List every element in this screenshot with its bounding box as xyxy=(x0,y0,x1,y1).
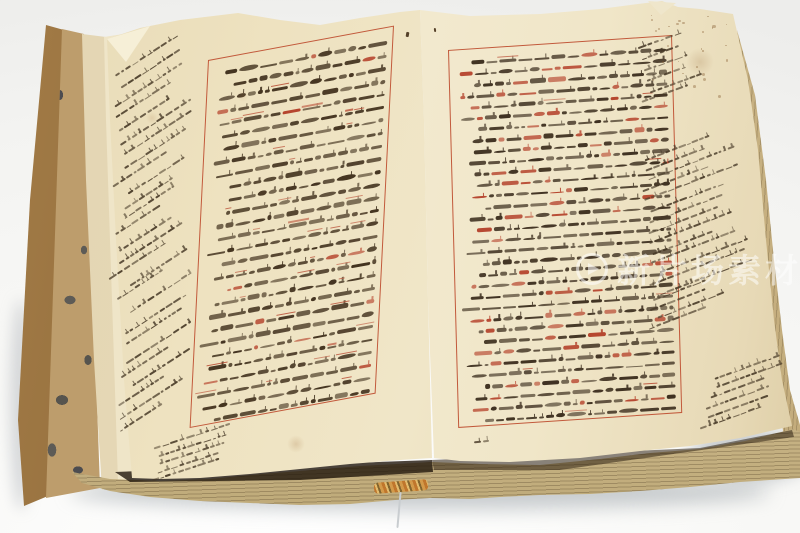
stain-speck xyxy=(676,23,679,26)
stain-speck xyxy=(725,45,727,47)
stain-speck xyxy=(678,61,679,62)
stain-blotch xyxy=(540,280,580,320)
stain-layer xyxy=(0,0,800,533)
stain-speck xyxy=(712,25,715,28)
stain-speck xyxy=(658,28,660,30)
stain-speck xyxy=(652,79,654,81)
stain-speck xyxy=(651,19,653,21)
photo-of-open-manuscript: 新片场素材 xyxy=(0,0,800,533)
stain-speck xyxy=(667,45,670,48)
stain-speck xyxy=(670,90,671,91)
stain-speck xyxy=(718,95,721,98)
stain-blotch xyxy=(237,90,249,102)
stain-speck xyxy=(651,15,652,16)
stain-speck xyxy=(682,22,685,25)
stain-speck xyxy=(726,59,729,62)
stain-speck xyxy=(693,85,696,88)
stain-speck xyxy=(668,26,669,27)
stain-speck xyxy=(682,73,684,75)
stain-speck xyxy=(707,16,709,18)
stain-speck xyxy=(655,30,657,32)
stain-blotch xyxy=(686,48,714,76)
stain-blotch xyxy=(146,112,158,124)
stain-speck xyxy=(662,61,664,63)
stain-speck xyxy=(678,20,680,22)
stain-speck xyxy=(726,24,728,26)
stain-blotch xyxy=(287,435,305,453)
stain-speck xyxy=(703,78,706,81)
stain-speck xyxy=(702,31,704,33)
